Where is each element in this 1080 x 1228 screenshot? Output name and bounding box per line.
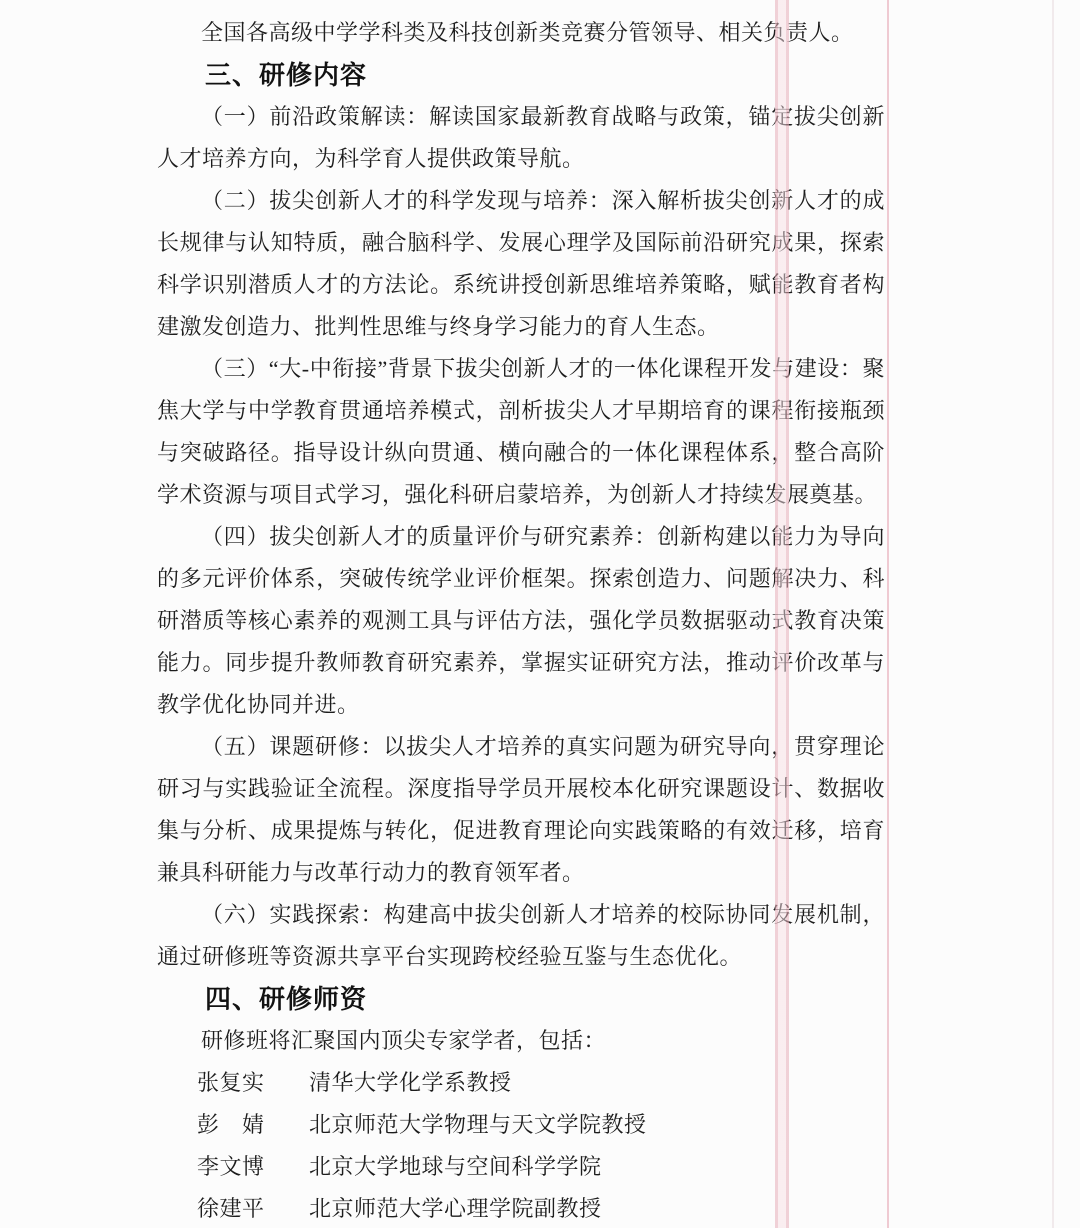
content-paragraph-5: （五）课题研修：以拔尖人才培养的真实问题为研究导向，贯穿理论研习与实践验证全流程… (157, 726, 885, 894)
faculty-row: 徐建平 北京师范大学心理学院副教授 (197, 1188, 885, 1228)
faculty-intro-text: 研修班将汇聚国内顶尖专家学者，包括： (157, 1020, 885, 1062)
faculty-list: 张复实 清华大学化学系教授 彭 婧 北京师范大学物理与天文学院教授 李文博 北京… (157, 1062, 885, 1228)
faculty-name: 彭 婧 (197, 1104, 309, 1146)
faculty-affiliation: 北京师范大学心理学院副教授 (309, 1188, 885, 1228)
document-page: 全国各高级中学学科类及科技创新类竞赛分管领导、相关负责人。 三、研修内容 （一）… (0, 0, 1080, 1228)
faculty-row: 李文博 北京大学地球与空间科学学院 (197, 1146, 885, 1188)
content-paragraph-6: （六）实践探索：构建高中拔尖创新人才培养的校际协同发展机制，通过研修班等资源共享… (157, 894, 885, 978)
scan-artifact-pink-line (887, 0, 889, 1228)
faculty-row: 彭 婧 北京师范大学物理与天文学院教授 (197, 1104, 885, 1146)
section-heading-research-content: 三、研修内容 (205, 54, 885, 96)
faculty-name: 李文博 (197, 1146, 309, 1188)
content-paragraph-2: （二）拔尖创新人才的科学发现与培养：深入解析拔尖创新人才的成长规律与认知特质，融… (157, 180, 885, 348)
content-paragraph-1: （一）前沿政策解读：解读国家最新教育战略与政策，锚定拔尖创新人才培养方向，为科学… (157, 96, 885, 180)
faculty-name: 徐建平 (197, 1188, 309, 1228)
document-content: 全国各高级中学学科类及科技创新类竞赛分管领导、相关负责人。 三、研修内容 （一）… (157, 12, 885, 1228)
faculty-name: 张复实 (197, 1062, 309, 1104)
faculty-affiliation: 北京师范大学物理与天文学院教授 (309, 1104, 885, 1146)
content-paragraph-3: （三）“大-中衔接”背景下拔尖创新人才的一体化课程开发与建设：聚焦大学与中学教育… (157, 348, 885, 516)
section-heading-faculty: 四、研修师资 (205, 978, 885, 1020)
scan-artifact-faint-line (1052, 0, 1054, 1228)
content-paragraph-4: （四）拔尖创新人才的质量评价与研究素养：创新构建以能力为导向的多元评价体系，突破… (157, 516, 885, 726)
faculty-row: 张复实 清华大学化学系教授 (197, 1062, 885, 1104)
faculty-affiliation: 北京大学地球与空间科学学院 (309, 1146, 885, 1188)
faculty-affiliation: 清华大学化学系教授 (309, 1062, 885, 1104)
intro-continuation-text: 全国各高级中学学科类及科技创新类竞赛分管领导、相关负责人。 (157, 12, 885, 54)
